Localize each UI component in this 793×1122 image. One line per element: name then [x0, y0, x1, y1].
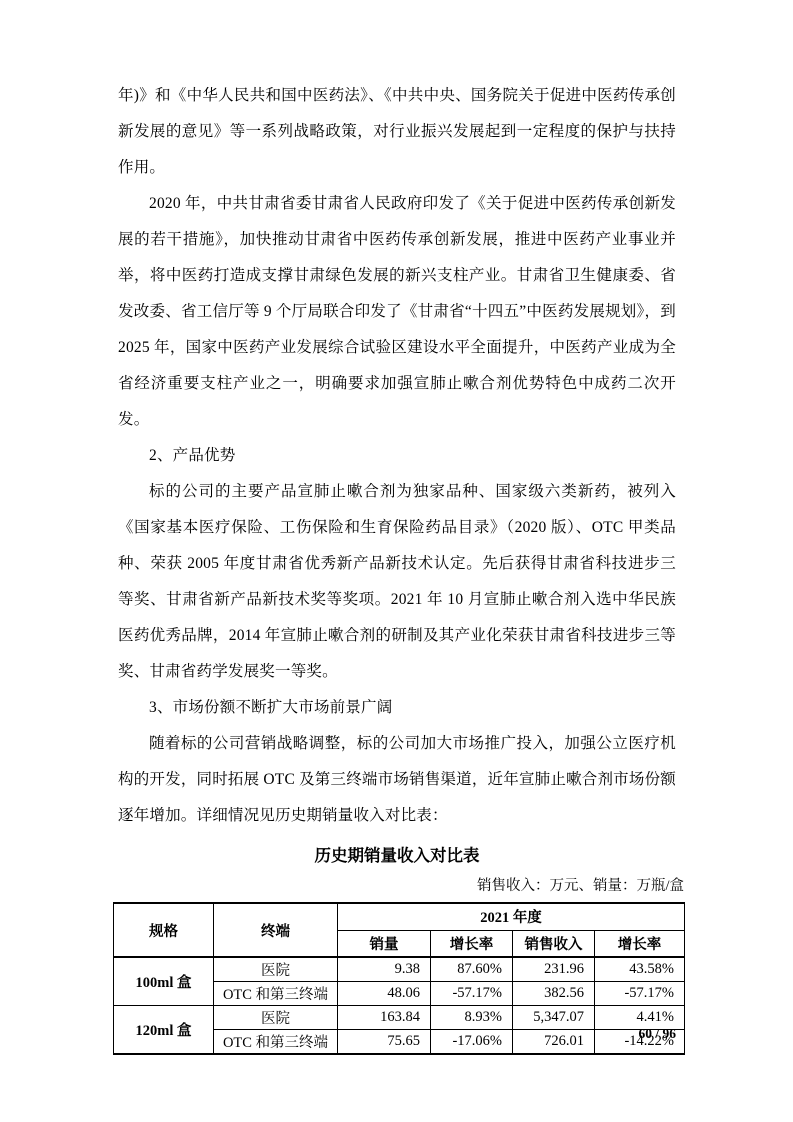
- table-cell-terminal: 医院: [214, 957, 338, 982]
- table-cell-volume: 75.65: [338, 1030, 431, 1055]
- heading-product-advantage: 2、产品优势: [118, 438, 676, 474]
- table-header-revenue: 销售收入: [513, 930, 595, 957]
- table-cell-volume: 163.84: [338, 1006, 431, 1030]
- table-cell-volume: 9.38: [338, 957, 431, 982]
- table-cell-terminal: OTC 和第三终端: [214, 982, 338, 1006]
- table-cell-volume: 48.06: [338, 982, 431, 1006]
- table-header-spec: 规格: [114, 903, 214, 957]
- paragraph-policy-continuation: 年)》和《中华人民共和国中医药法》、《中共中央、国务院关于促进中医药传承创新发展…: [118, 78, 676, 186]
- table-header-terminal: 终端: [214, 903, 338, 957]
- sales-comparison-table: 规格 终端 2021 年度 销量 增长率 销售收入 增长率 100ml 盒 医院…: [113, 902, 685, 1055]
- table-cell-volume-growth: -17.06%: [431, 1030, 513, 1055]
- page-number: 60 / 96: [638, 1026, 676, 1042]
- table-cell-terminal: OTC 和第三终端: [214, 1030, 338, 1055]
- table-cell-revenue: 5,347.07: [513, 1006, 595, 1030]
- table-header-revenue-growth: 增长率: [595, 930, 685, 957]
- paragraph-gansu-policy: 2020 年，中共甘肃省委甘肃省人民政府印发了《关于促进中医药传承创新发展的若干…: [118, 186, 676, 438]
- table-cell-volume-growth: -57.17%: [431, 982, 513, 1006]
- heading-market-share: 3、市场份额不断扩大市场前景广阔: [118, 690, 676, 726]
- table-header-volume-growth: 增长率: [431, 930, 513, 957]
- table-cell-spec-120ml: 120ml 盒: [114, 1006, 214, 1055]
- table-header-row-period: 规格 终端 2021 年度: [114, 903, 685, 930]
- paragraph-product-advantage: 标的公司的主要产品宣肺止嗽合剂为独家品种、国家级六类新药，被列入《国家基本医疗保…: [118, 474, 676, 690]
- table-header-period: 2021 年度: [338, 903, 685, 930]
- table-title: 历史期销量收入对比表: [118, 842, 676, 870]
- document-body: 年)》和《中华人民共和国中医药法》、《中共中央、国务院关于促进中医药传承创新发展…: [118, 78, 676, 1055]
- table-cell-terminal: 医院: [214, 1006, 338, 1030]
- table-cell-revenue: 231.96: [513, 957, 595, 982]
- table-cell-revenue-growth: 43.58%: [595, 957, 685, 982]
- table-row-120ml-hospital: 120ml 盒 医院 163.84 8.93% 5,347.07 4.41%: [114, 1006, 685, 1030]
- table-cell-revenue-growth: -57.17%: [595, 982, 685, 1006]
- table-cell-revenue: 382.56: [513, 982, 595, 1006]
- paragraph-market-share: 随着标的公司营销战略调整，标的公司加大市场推广投入，加强公立医疗机构的开发，同时…: [118, 726, 676, 834]
- table-row-100ml-hospital: 100ml 盒 医院 9.38 87.60% 231.96 43.58%: [114, 957, 685, 982]
- table-unit-note: 销售收入：万元、销量：万瓶/盒: [118, 873, 684, 899]
- table-cell-volume-growth: 87.60%: [431, 957, 513, 982]
- table-cell-spec-100ml: 100ml 盒: [114, 957, 214, 1006]
- table-cell-revenue: 726.01: [513, 1030, 595, 1055]
- document-page: 年)》和《中华人民共和国中医药法》、《中共中央、国务院关于促进中医药传承创新发展…: [0, 0, 793, 1122]
- table-cell-volume-growth: 8.93%: [431, 1006, 513, 1030]
- table-header-volume: 销量: [338, 930, 431, 957]
